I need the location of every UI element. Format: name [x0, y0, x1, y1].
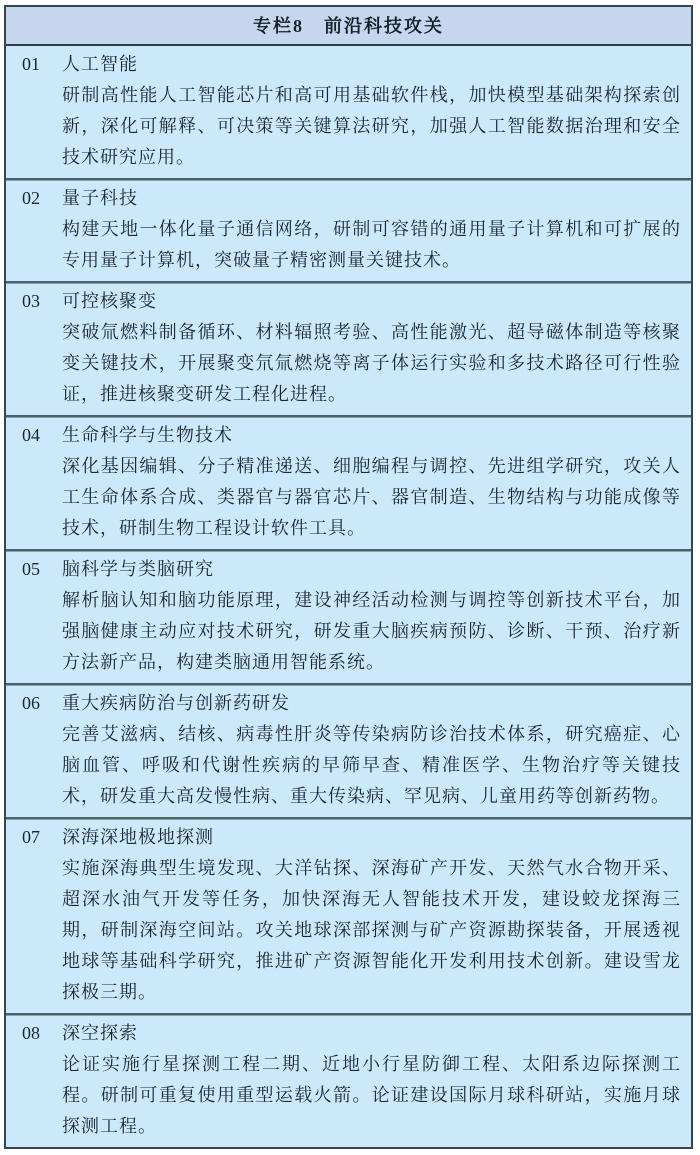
section-body: 突破氚燃料制备循环、材料辐照考验、高性能激光、超导磁体制造等核聚变关键技术，开展… [62, 317, 681, 410]
section-body: 深化基因编辑、分子精准递送、细胞编程与调控、先进组学研究，攻关人工生命体系合成、… [62, 451, 681, 544]
section-body: 实施深海典型生境发现、大洋钻探、深海矿产开发、天然气水合物开采、超深水油气开发等… [62, 853, 681, 1008]
section-title: 脑科学与类脑研究 [62, 554, 214, 585]
section-body: 完善艾滋病、结核、病毒性肝炎等传染病防诊治技术体系，研究癌症、心脑血管、呼吸和代… [62, 719, 681, 812]
section-heading: 01 人工智能 [6, 49, 691, 80]
section-body: 解析脑认知和脑功能原理，建设神经活动检测与调控等创新技术平台，加强脑健康主动应对… [62, 585, 681, 678]
section-number: 04 [22, 420, 50, 451]
section-body: 构建天地一体化量子通信网络，研制可容错的通用量子计算机和可扩展的专用量子计算机，… [62, 214, 681, 276]
section-heading: 08 深空探索 [6, 1018, 691, 1049]
section-row-01: 01 人工智能 研制高性能人工智能芯片和高可用基础软件栈，加快模型基础架构探索创… [6, 46, 691, 178]
section-row-03: 03 可控核聚变 突破氚燃料制备循环、材料辐照考验、高性能激光、超导磁体制造等核… [6, 281, 691, 415]
section-row-02: 02 量子科技 构建天地一体化量子通信网络，研制可容错的通用量子计算机和可扩展的… [6, 178, 691, 281]
section-heading: 02 量子科技 [6, 183, 691, 214]
section-row-05: 05 脑科学与类脑研究 解析脑认知和脑功能原理，建设神经活动检测与调控等创新技术… [6, 549, 691, 683]
section-number: 08 [22, 1018, 50, 1049]
section-row-04: 04 生命科学与生物技术 深化基因编辑、分子精准递送、细胞编程与调控、先进组学研… [6, 415, 691, 549]
section-row-06: 06 重大疾病防治与创新药研发 完善艾滋病、结核、病毒性肝炎等传染病防诊治技术体… [6, 683, 691, 817]
section-title: 重大疾病防治与创新药研发 [62, 688, 290, 719]
section-heading: 07 深海深地极地探测 [6, 822, 691, 853]
section-title: 深空探索 [62, 1018, 138, 1049]
panel-header: 专栏8 前沿科技攻关 [6, 7, 691, 46]
section-heading: 06 重大疾病防治与创新药研发 [6, 688, 691, 719]
section-title: 人工智能 [62, 49, 138, 80]
panel-title: 专栏8 前沿科技攻关 [253, 16, 444, 36]
section-row-07: 07 深海深地极地探测 实施深海典型生境发现、大洋钻探、深海矿产开发、天然气水合… [6, 817, 691, 1013]
section-number: 03 [22, 286, 50, 317]
section-title: 深海深地极地探测 [62, 822, 214, 853]
section-heading: 03 可控核聚变 [6, 286, 691, 317]
section-title: 量子科技 [62, 183, 138, 214]
section-number: 05 [22, 554, 50, 585]
section-number: 06 [22, 688, 50, 719]
section-number: 01 [22, 49, 50, 80]
section-title: 可控核聚变 [62, 286, 157, 317]
section-heading: 04 生命科学与生物技术 [6, 420, 691, 451]
section-body: 论证实施行星探测工程二期、近地小行星防御工程、太阳系边际探测工程。研制可重复使用… [62, 1049, 681, 1142]
section-title: 生命科学与生物技术 [62, 420, 233, 451]
section-body: 研制高性能人工智能芯片和高可用基础软件栈，加快模型基础架构探索创新，深化可解释、… [62, 80, 681, 173]
section-heading: 05 脑科学与类脑研究 [6, 554, 691, 585]
special-column-panel: 专栏8 前沿科技攻关 01 人工智能 研制高性能人工智能芯片和高可用基础软件栈，… [4, 5, 693, 1149]
section-number: 07 [22, 822, 50, 853]
section-row-08: 08 深空探索 论证实施行星探测工程二期、近地小行星防御工程、太阳系边际探测工程… [6, 1013, 691, 1147]
section-number: 02 [22, 183, 50, 214]
document-page: 专栏8 前沿科技攻关 01 人工智能 研制高性能人工智能芯片和高可用基础软件栈，… [0, 0, 700, 1155]
